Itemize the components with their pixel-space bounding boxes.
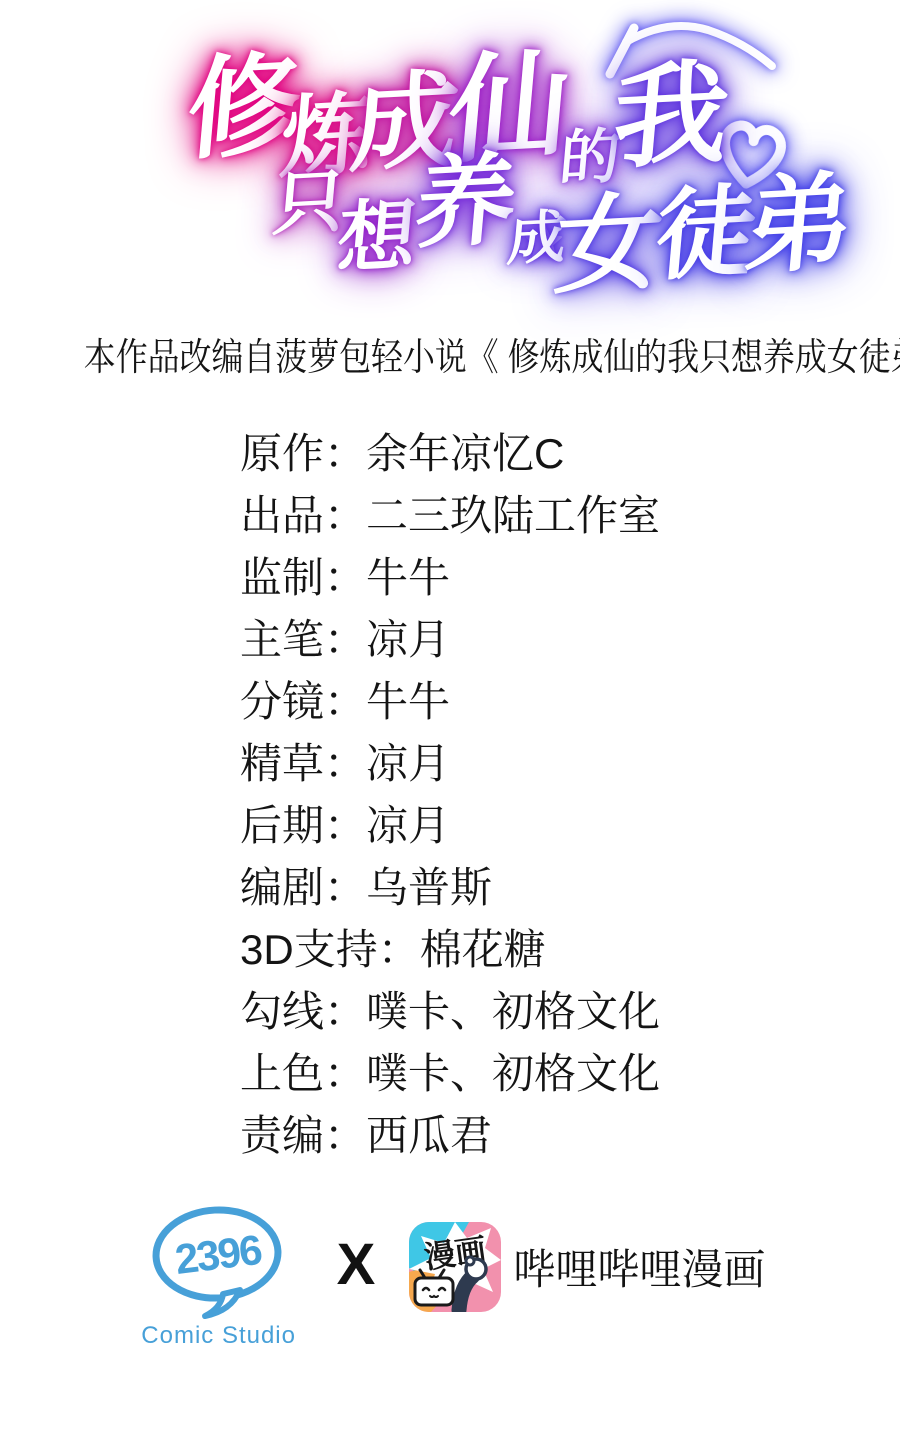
credit-row: 监制：牛牛 bbox=[240, 547, 900, 609]
credit-role-label: 监制： bbox=[240, 554, 366, 601]
title-char: 想 bbox=[334, 196, 419, 278]
credit-person-name: 棉花糖 bbox=[420, 926, 546, 973]
credit-row: 上色：噗卡、初格文化 bbox=[240, 1043, 900, 1105]
credits-list: 原作：余年凉忆C 出品：二三玖陆工作室 监制：牛牛 主笔：凉月 分镜：牛牛 精草… bbox=[240, 423, 900, 1167]
studio-name: Comic Studio bbox=[141, 1322, 296, 1350]
title-char: 我 bbox=[609, 57, 734, 177]
credit-person-name: 西瓜君 bbox=[366, 1112, 492, 1159]
credit-role-label: 原作： bbox=[240, 430, 366, 477]
credit-person-name: 凉月 bbox=[366, 740, 450, 787]
studio-2396-logo: 2396 Comic Studio bbox=[135, 1206, 303, 1350]
credit-person-name: 噗卡、初格文化 bbox=[366, 988, 660, 1035]
studio-number: 2396 bbox=[172, 1226, 263, 1283]
credit-person-name: 牛牛 bbox=[366, 554, 450, 601]
footer-lockup: 2396 Comic Studio X 漫画 bbox=[0, 1198, 900, 1358]
adaptation-note-row: 本作品改编自菠萝包轻小说《 修炼成仙的我只想养成女徒弟 》 bbox=[0, 326, 900, 381]
credit-role-label: 勾线： bbox=[240, 988, 366, 1035]
credit-row: 主笔：凉月 bbox=[240, 609, 900, 671]
credit-row: 编剧：乌普斯 bbox=[240, 857, 900, 919]
credit-role-label: 精草： bbox=[240, 740, 366, 787]
credit-person-name: 牛牛 bbox=[366, 678, 450, 725]
credit-row: 后期：凉月 bbox=[240, 795, 900, 857]
bilibili-manga-app-icon: 漫画 bbox=[409, 1222, 501, 1312]
credit-role-label: 主笔： bbox=[240, 616, 366, 663]
collab-x-mark: X bbox=[337, 1236, 376, 1320]
credit-row: 分镜：牛牛 bbox=[240, 671, 900, 733]
adaptation-note: 本作品改编自菠萝包轻小说《 修炼成仙的我只想养成女徒弟 》 bbox=[84, 326, 900, 381]
title-char: 养 bbox=[411, 149, 520, 254]
credit-row: 3D支持：棉花糖 bbox=[240, 919, 900, 981]
credit-role-label: 分镜： bbox=[240, 678, 366, 725]
credit-person-name: 乌普斯 bbox=[366, 864, 492, 911]
speech-bubble-icon: 2396 bbox=[139, 1206, 299, 1322]
credit-person-name: 余年凉忆C bbox=[366, 430, 564, 477]
title-char: 女 bbox=[551, 189, 667, 300]
credit-role-label: 出品： bbox=[240, 492, 366, 539]
bilibili-manga-wordmark: 哔哩哔哩漫画 bbox=[513, 1237, 765, 1297]
title-char: 弟 bbox=[741, 169, 857, 280]
credit-person-name: 二三玖陆工作室 bbox=[366, 492, 660, 539]
credit-row: 出品：二三玖陆工作室 bbox=[240, 485, 900, 547]
credit-row: 精草：凉月 bbox=[240, 733, 900, 795]
credit-person-name: 凉月 bbox=[366, 802, 450, 849]
credit-role-label: 3D支持： bbox=[240, 926, 420, 973]
credit-role-label: 后期： bbox=[240, 802, 366, 849]
title-char: 只 bbox=[271, 166, 348, 240]
credit-person-name: 凉月 bbox=[366, 616, 450, 663]
title-logo: 修 炼 成 仙 的 我 只 想 养 成 女 徒 弟 bbox=[0, 0, 900, 312]
page-root: 修 炼 成 仙 的 我 只 想 养 成 女 徒 弟 本作品改编自菠萝包轻小说《 … bbox=[0, 0, 900, 1431]
credit-role-label: 上色： bbox=[240, 1050, 366, 1097]
credit-row: 勾线：噗卡、初格文化 bbox=[240, 981, 900, 1043]
credit-row: 原作：余年凉忆C bbox=[240, 423, 900, 485]
credit-role-label: 责编： bbox=[240, 1112, 366, 1159]
credit-person-name: 噗卡、初格文化 bbox=[366, 1050, 660, 1097]
credit-role-label: 编剧： bbox=[240, 864, 366, 911]
platform-lockup: 漫画 哔哩哔哩漫画 bbox=[409, 1222, 765, 1334]
credit-row: 责编：西瓜君 bbox=[240, 1105, 900, 1167]
